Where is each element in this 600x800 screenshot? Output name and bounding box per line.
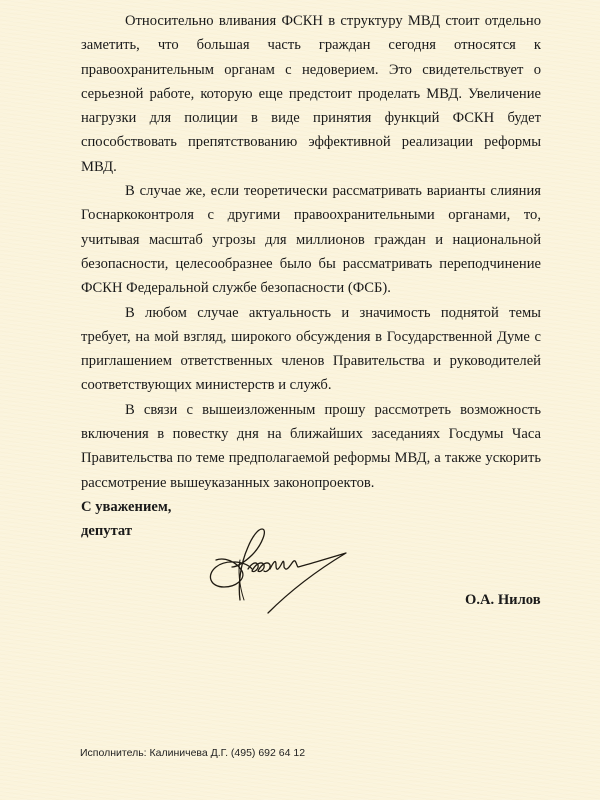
paragraph-fskn-merger: Относительно вливания ФСКН в структуру М… <box>81 9 541 179</box>
paragraph-fsb-subordination: В случае же, если теоретически рассматри… <box>81 179 541 300</box>
letter-body: Относительно вливания ФСКН в структуру М… <box>81 9 541 544</box>
paragraph-duma-discussion: В любом случае актуальность и значимость… <box>81 301 541 398</box>
signer-name: О.А. Нилов <box>465 592 541 609</box>
signature-icon <box>196 515 396 615</box>
executor-contact: Исполнитель: Калиничева Д.Г. (495) 692 6… <box>80 747 305 759</box>
paragraph-request: В связи с вышеизложенным прошу рассмотре… <box>81 398 541 495</box>
